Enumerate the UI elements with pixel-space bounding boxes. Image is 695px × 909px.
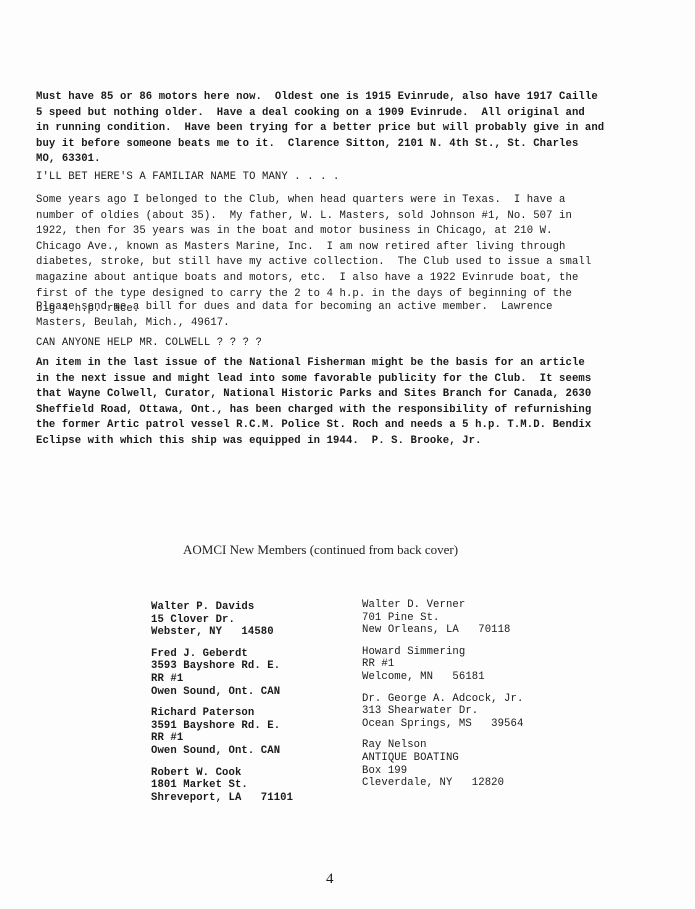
member-entry: Howard SimmeringRR #1Welcome, MN 56181	[362, 646, 572, 684]
member-address-line: 701 Pine St.	[362, 612, 572, 625]
member-entry: Walter P. Davids15 Clover Dr.Webster, NY…	[151, 601, 361, 639]
member-entry: Dr. George A. Adcock, Jr.313 Shearwater …	[362, 693, 572, 731]
member-name: Dr. George A. Adcock, Jr.	[362, 693, 572, 706]
member-address-line: ANTIQUE BOATING	[362, 752, 572, 765]
colwell-heading: CAN ANYONE HELP MR. COLWELL ? ? ? ?	[36, 336, 262, 352]
sitton-letter-paragraph: Must have 85 or 86 motors here now. Olde…	[36, 90, 636, 168]
colwell-paragraph: An item in the last issue of the Nationa…	[36, 356, 636, 450]
member-entry: Richard Paterson3591 Bayshore Rd. E.RR #…	[151, 707, 361, 757]
member-entry: Walter D. Verner701 Pine St.New Orleans,…	[362, 599, 572, 637]
member-entry: Robert W. Cook1801 Market St.Shreveport,…	[151, 767, 361, 805]
member-address-line: Shreveport, LA 71101	[151, 792, 361, 805]
member-address-line: Cleverdale, NY 12820	[362, 777, 572, 790]
document-page: Must have 85 or 86 motors here now. Olde…	[0, 0, 695, 909]
member-address-line: Webster, NY 14580	[151, 626, 361, 639]
member-address-line: 3591 Bayshore Rd. E.	[151, 720, 361, 733]
member-name: Howard Simmering	[362, 646, 572, 659]
member-name: Walter P. Davids	[151, 601, 361, 614]
new-members-title: AOMCI New Members (continued from back c…	[183, 542, 458, 558]
member-address-line: 3593 Bayshore Rd. E.	[151, 660, 361, 673]
member-address-line: RR #1	[151, 673, 361, 686]
member-address-line: Welcome, MN 56181	[362, 671, 572, 684]
page-number: 4	[326, 871, 334, 888]
member-address-line: 1801 Market St.	[151, 779, 361, 792]
members-right-column: Walter D. Verner701 Pine St.New Orleans,…	[362, 599, 572, 799]
member-entry: Ray NelsonANTIQUE BOATINGBox 199Cleverda…	[362, 739, 572, 789]
member-address-line: RR #1	[362, 658, 572, 671]
members-left-column: Walter P. Davids15 Clover Dr.Webster, NY…	[151, 601, 361, 813]
member-name: Ray Nelson	[362, 739, 572, 752]
member-name: Walter D. Verner	[362, 599, 572, 612]
member-name: Robert W. Cook	[151, 767, 361, 780]
member-address-line: Owen Sound, Ont. CAN	[151, 745, 361, 758]
member-address-line: 15 Clover Dr.	[151, 614, 361, 627]
member-address-line: RR #1	[151, 732, 361, 745]
member-entry: Fred J. Geberdt3593 Bayshore Rd. E.RR #1…	[151, 648, 361, 698]
member-name: Richard Paterson	[151, 707, 361, 720]
member-address-line: 313 Shearwater Dr.	[362, 705, 572, 718]
masters-request-paragraph: Please send me a bill for dues and data …	[36, 300, 636, 331]
member-name: Fred J. Geberdt	[151, 648, 361, 661]
member-address-line: Owen Sound, Ont. CAN	[151, 686, 361, 699]
member-address-line: Ocean Springs, MS 39564	[362, 718, 572, 731]
member-address-line: New Orleans, LA 70118	[362, 624, 572, 637]
familiar-name-heading: I'LL BET HERE'S A FAMILIAR NAME TO MANY …	[36, 170, 340, 186]
member-address-line: Box 199	[362, 765, 572, 778]
